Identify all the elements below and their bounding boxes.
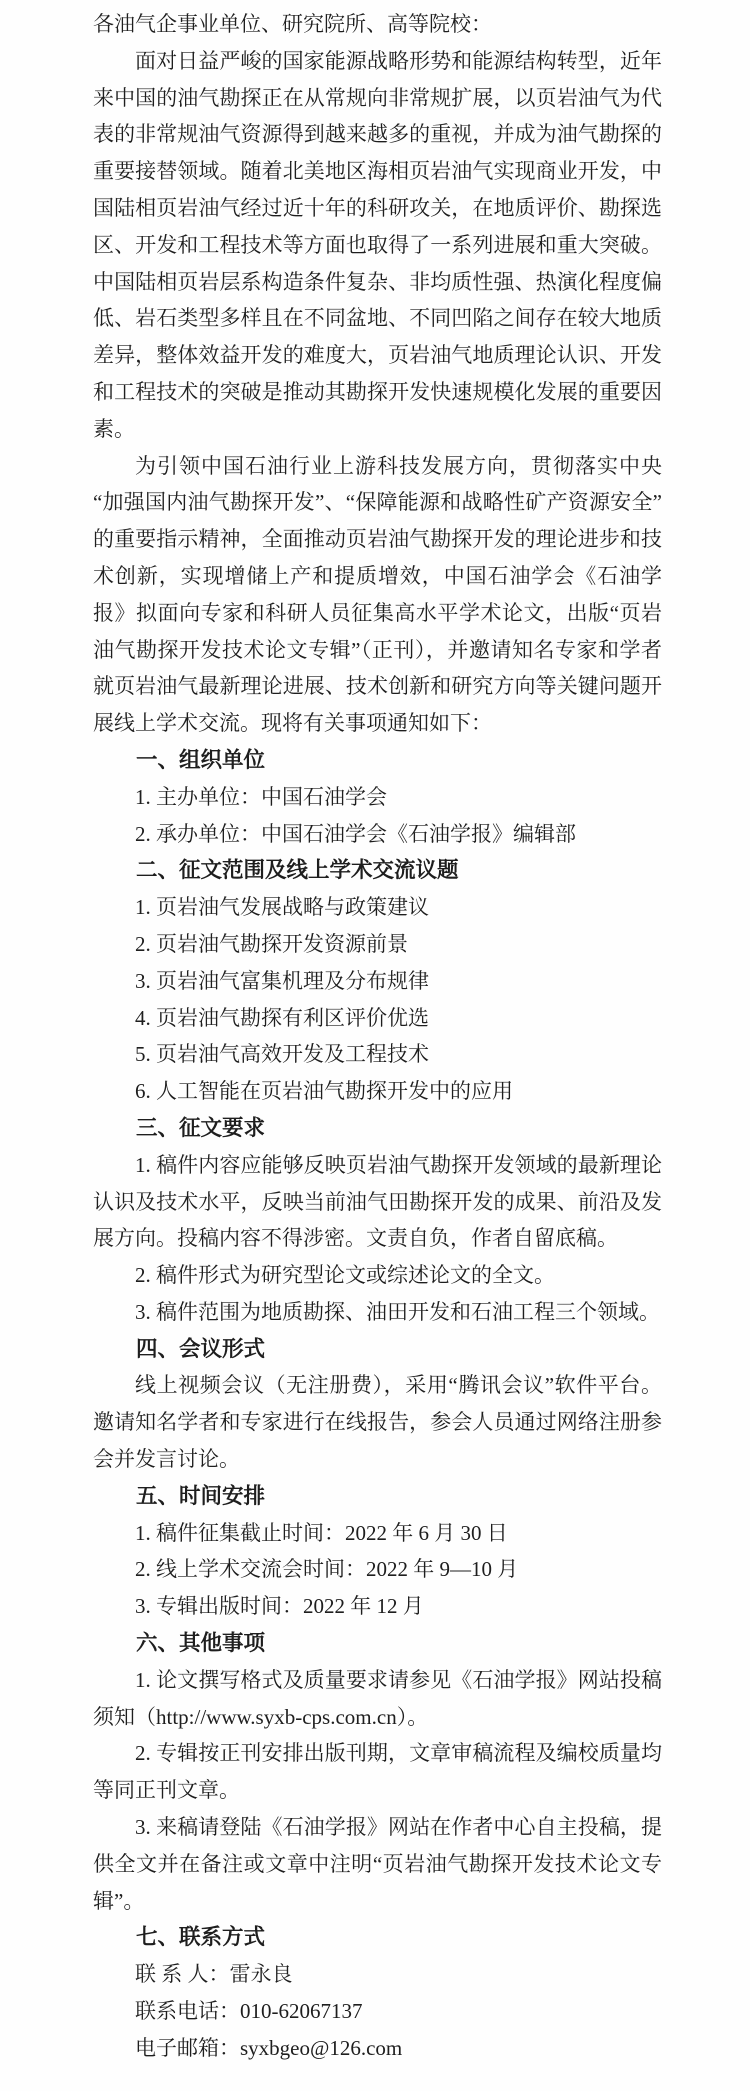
meeting-format-paragraph: 线上视频会议（无注册费），采用“腾讯会议”软件平台。邀请知名学者和专家进行在线报…: [93, 1367, 662, 1477]
section-heading-scope-topics: 二、征文范围及线上学术交流议题: [93, 852, 662, 889]
organizers-item-host: 1. 主办单位：中国石油学会: [93, 779, 662, 816]
intro-paragraph-2: 为引领中国石油行业上游科技发展方向，贯彻落实中央“加强国内油气勘探开发”、“保障…: [93, 448, 662, 742]
contact-person: 联 系 人：雷永良: [93, 1956, 662, 1993]
intro-paragraph-1: 面对日益严峻的国家能源战略形势和能源结构转型，近年来中国的油气勘探正在从常规向非…: [93, 43, 662, 448]
contact-phone: 联系电话：010-62067137: [93, 1993, 662, 2030]
salutation: 各油气企事业单位、研究院所、高等院校：: [93, 6, 662, 43]
contact-email: 电子邮箱：syxbgeo@126.com: [93, 2030, 662, 2067]
organizers-item-undertaker: 2. 承办单位：中国石油学会《石油学报》编辑部: [93, 816, 662, 853]
section-heading-meeting-format: 四、会议形式: [93, 1331, 662, 1368]
section-heading-requirements: 三、征文要求: [93, 1110, 662, 1147]
requirement-item-3: 3. 稿件范围为地质勘探、油田开发和石油工程三个领域。: [93, 1294, 662, 1331]
other-item-submission: 3. 来稿请登陆《石油学报》网站在作者中心自主投稿，提供全文并在备注或文章中注明…: [93, 1809, 662, 1919]
other-item-review: 2. 专辑按正刊安排出版刊期，文章审稿流程及编校质量均等同正刊文章。: [93, 1735, 662, 1809]
topic-item-5: 5. 页岩油气高效开发及工程技术: [93, 1036, 662, 1073]
document-page: 各油气企事业单位、研究院所、高等院校： 面对日益严峻的国家能源战略形势和能源结构…: [0, 0, 750, 2091]
section-heading-schedule: 五、时间安排: [93, 1478, 662, 1515]
other-item-format: 1. 论文撰写格式及质量要求请参见《石油学报》网站投稿须知（http://www…: [93, 1662, 662, 1736]
section-heading-other-matters: 六、其他事项: [93, 1625, 662, 1662]
schedule-item-exchange: 2. 线上学术交流会时间：2022 年 9—10 月: [93, 1551, 662, 1588]
topic-item-6: 6. 人工智能在页岩油气勘探开发中的应用: [93, 1073, 662, 1110]
topic-item-2: 2. 页岩油气勘探开发资源前景: [93, 926, 662, 963]
section-heading-organizers: 一、组织单位: [93, 742, 662, 779]
schedule-item-deadline: 1. 稿件征集截止时间：2022 年 6 月 30 日: [93, 1515, 662, 1552]
topic-item-4: 4. 页岩油气勘探有利区评价优选: [93, 1000, 662, 1037]
topic-item-1: 1. 页岩油气发展战略与政策建议: [93, 889, 662, 926]
requirement-item-2: 2. 稿件形式为研究型论文或综述论文的全文。: [93, 1257, 662, 1294]
schedule-item-publication: 3. 专辑出版时间：2022 年 12 月: [93, 1588, 662, 1625]
topic-item-3: 3. 页岩油气富集机理及分布规律: [93, 963, 662, 1000]
section-heading-contact: 七、联系方式: [93, 1919, 662, 1956]
requirement-item-1: 1. 稿件内容应能够反映页岩油气勘探开发领域的最新理论认识及技术水平，反映当前油…: [93, 1147, 662, 1257]
